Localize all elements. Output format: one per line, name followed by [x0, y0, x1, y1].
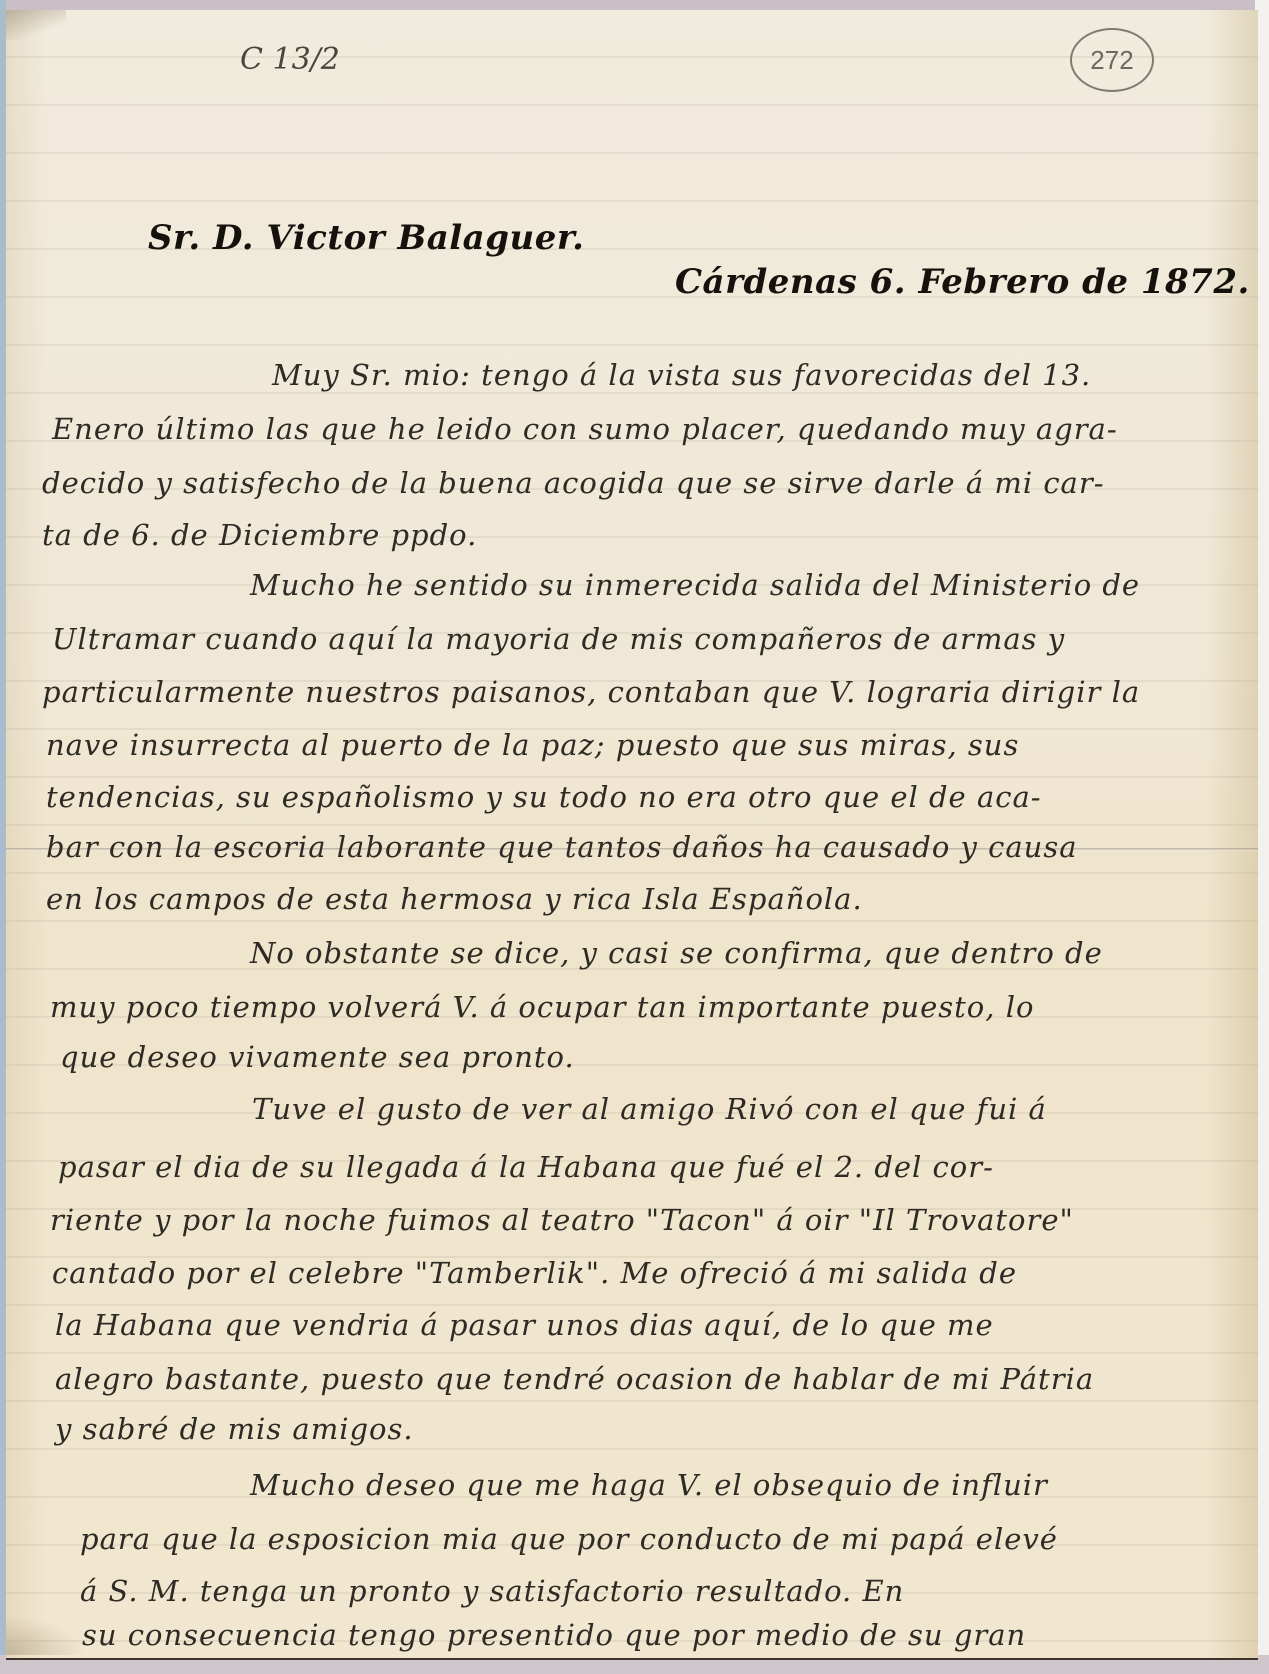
letter-line: la Habana que vendria á pasar unos dias …: [55, 1308, 994, 1342]
folio-number: 272: [1090, 45, 1133, 76]
letter-line: bar con la escoria laborante que tantos …: [46, 830, 1078, 864]
recipient-heading: Sr. D. Victor Balaguer.: [148, 218, 584, 258]
letter-line: ta de 6. de Diciembre ppdo.: [42, 518, 477, 552]
letter-line: riente y por la noche fuimos al teatro "…: [50, 1203, 1074, 1237]
letter-line: á S. M. tenga un pronto y satisfactorio …: [80, 1574, 904, 1608]
letter-line: muy poco tiempo volverá V. á ocupar tan …: [50, 990, 1034, 1024]
letter-line: en los campos de esta hermosa y rica Isl…: [46, 882, 863, 916]
folio-number-stamp: 272: [1070, 28, 1154, 92]
letter-line: alegro bastante, puesto que tendré ocasi…: [55, 1362, 1094, 1396]
page-corner-curl-bottom: [6, 1615, 86, 1655]
archive-mark: C 13/2: [240, 42, 340, 77]
letter-line: su consecuencia tengo presentido que por…: [82, 1618, 1026, 1652]
letter-line: Muy Sr. mio: tengo á la vista sus favore…: [272, 358, 1091, 392]
letter-line: que deseo vivamente sea pronto.: [60, 1040, 575, 1074]
letter-line: para que la esposicion mia que por condu…: [80, 1522, 1058, 1556]
letter-line: cantado por el celebre "Tamberlik". Me o…: [52, 1256, 1017, 1290]
page-corner-curl: [6, 10, 66, 40]
letter-line: particularmente nuestros paisanos, conta…: [42, 675, 1140, 709]
letter-line: nave insurrecta al puerto de la paz; pue…: [46, 728, 1019, 762]
letter-line: Enero último las que he leido con sumo p…: [52, 412, 1118, 446]
letter-line: No obstante se dice, y casi se confirma,…: [250, 936, 1103, 970]
letter-line: Mucho deseo que me haga V. el obsequio d…: [250, 1468, 1048, 1502]
letter-line: pasar el dia de su llegada á la Habana q…: [58, 1150, 994, 1184]
letter-line: y sabré de mis amigos.: [55, 1412, 414, 1446]
letter-line: tendencias, su españolismo y su todo no …: [46, 780, 1042, 814]
letter-line: Mucho he sentido su inmerecida salida de…: [250, 568, 1140, 602]
letter-line: decido y satisfecho de la buena acogida …: [42, 466, 1105, 500]
letter-line: Tuve el gusto de ver al amigo Rivó con e…: [252, 1092, 1047, 1126]
letter-line: Ultramar cuando aquí la mayoria de mis c…: [52, 622, 1065, 656]
place-date: Cárdenas 6. Febrero de 1872.: [675, 262, 1250, 302]
